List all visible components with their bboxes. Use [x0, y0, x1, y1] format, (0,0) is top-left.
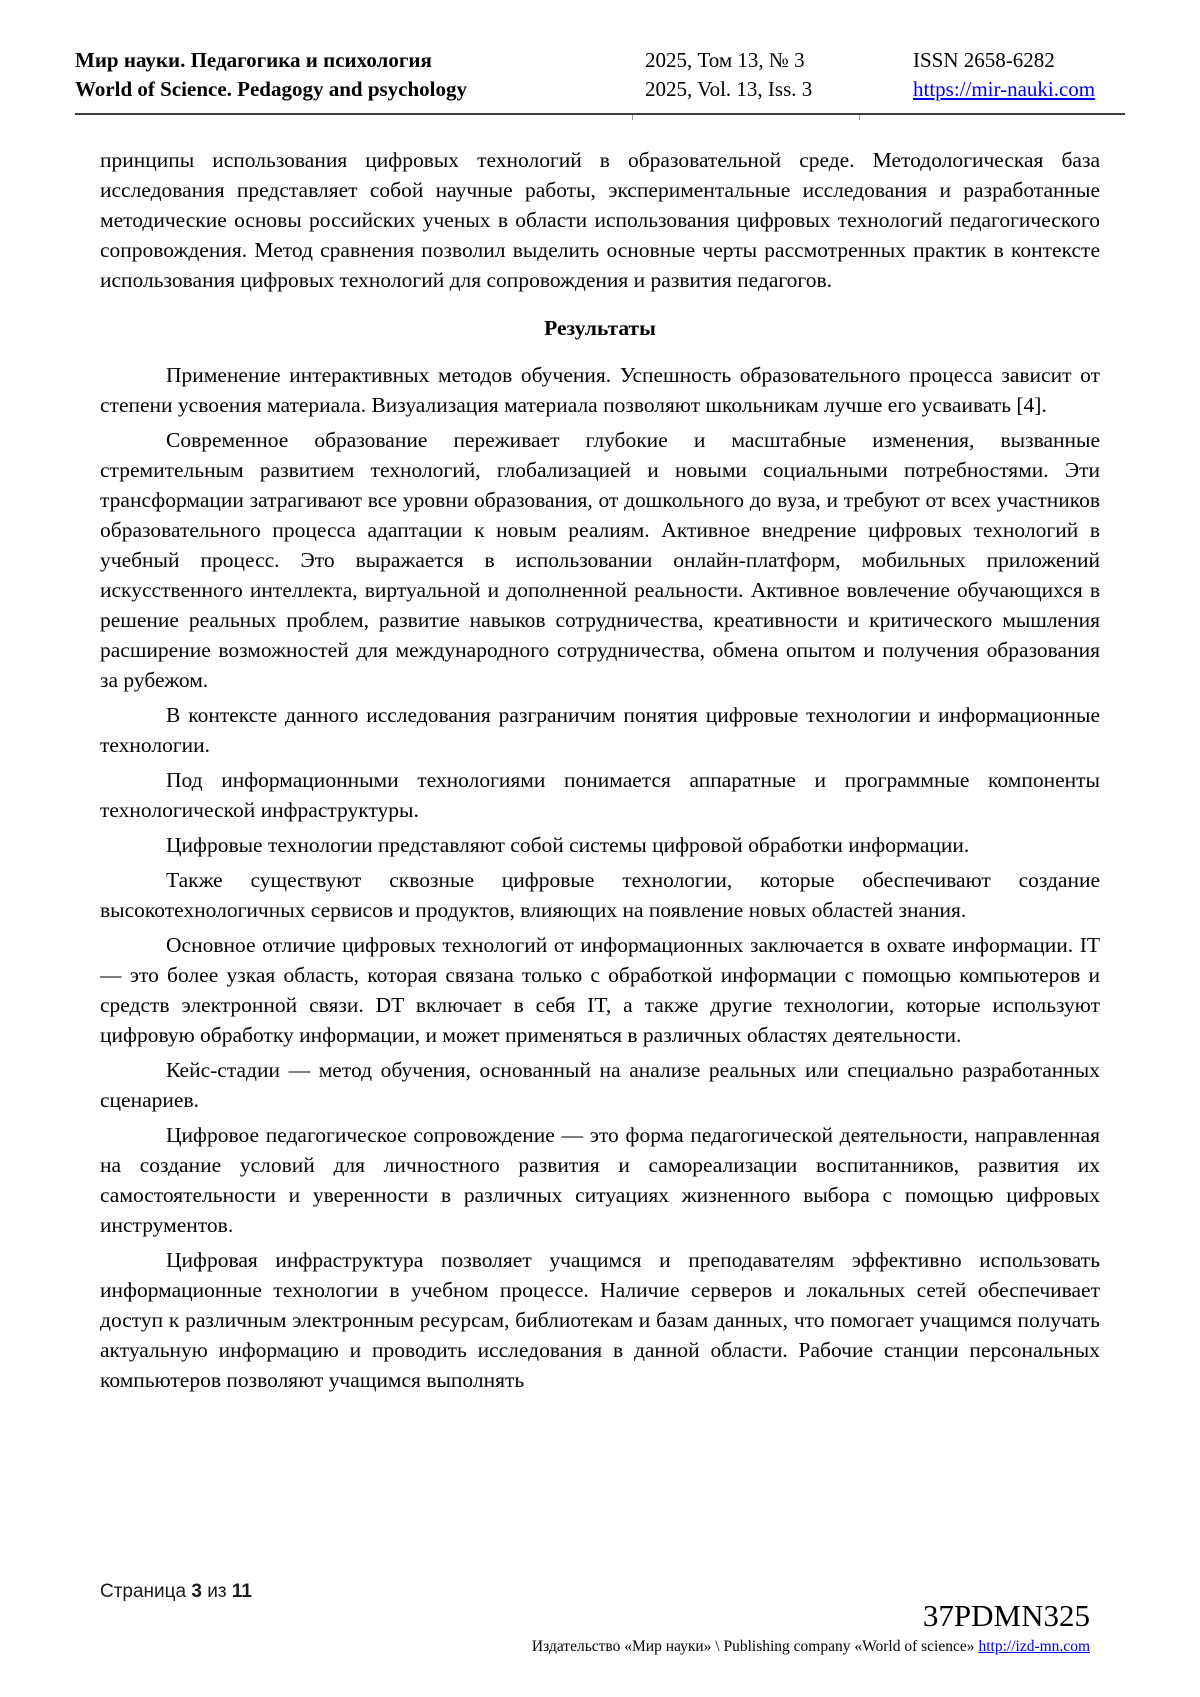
header-divider: [75, 113, 1125, 121]
issn-label: ISSN 2658-6282: [913, 46, 1125, 75]
body-paragraph: Основное отличие цифровых технологий от …: [100, 930, 1100, 1050]
journal-page: Мир науки. Педагогика и психология World…: [0, 0, 1200, 1697]
article-body: принципы использования цифровых технолог…: [100, 145, 1100, 1400]
page-total: 11: [232, 1581, 252, 1602]
body-paragraph: Кейс-стадии — метод обучения, основанный…: [100, 1055, 1100, 1115]
body-paragraph: Современное образование переживает глубо…: [100, 425, 1100, 695]
page-word: Страница: [100, 1581, 186, 1602]
journal-site-link[interactable]: https://mir-nauki.com: [913, 77, 1095, 101]
body-paragraph: Также существуют сквозные цифровые техно…: [100, 865, 1100, 925]
issue-info-block: 2025, Том 13, № 3 2025, Vol. 13, Iss. 3: [645, 46, 913, 104]
body-paragraph: принципы использования цифровых технолог…: [100, 145, 1100, 295]
publisher-link[interactable]: http://izd-mn.com: [979, 1638, 1091, 1655]
publisher-text: Издательство «Мир науки» \ Publishing co…: [532, 1638, 975, 1655]
body-paragraph: Под информационными технологиями понимае…: [100, 765, 1100, 825]
body-paragraph: Цифровая инфраструктура позволяет учащим…: [100, 1245, 1100, 1395]
issn-block: ISSN 2658-6282 https://mir-nauki.com: [913, 46, 1125, 104]
of-word: из: [207, 1581, 226, 1602]
page-current: 3: [191, 1581, 202, 1602]
page-number-label: Страница 3 из 11: [100, 1580, 252, 1604]
body-paragraph: Цифровые технологии представляют собой с…: [100, 830, 1100, 860]
divider-tick: [859, 115, 860, 120]
journal-title-ru: Мир науки. Педагогика и психология: [75, 46, 645, 75]
section-heading-results: Результаты: [100, 313, 1100, 343]
header-columns: Мир науки. Педагогика и психология World…: [75, 46, 1125, 104]
issue-info-en: 2025, Vol. 13, Iss. 3: [645, 75, 913, 104]
journal-site-link-wrap: https://mir-nauki.com: [913, 75, 1125, 104]
journal-title-en: World of Science. Pedagogy and psycholog…: [75, 75, 645, 104]
article-id: 37PDMN325: [923, 1599, 1090, 1633]
body-paragraph: Цифровое педагогическое сопровождение — …: [100, 1120, 1100, 1240]
page-header: Мир науки. Педагогика и психология World…: [75, 46, 1125, 121]
body-paragraph: Применение интерактивных методов обучени…: [100, 360, 1100, 420]
divider-tick: [632, 115, 633, 120]
body-paragraph: В контексте данного исследования разгран…: [100, 700, 1100, 760]
issue-info-ru: 2025, Том 13, № 3: [645, 46, 913, 75]
journal-title-block: Мир науки. Педагогика и психология World…: [75, 46, 645, 104]
publisher-line: Издательство «Мир науки» \ Publishing co…: [532, 1637, 1090, 1657]
